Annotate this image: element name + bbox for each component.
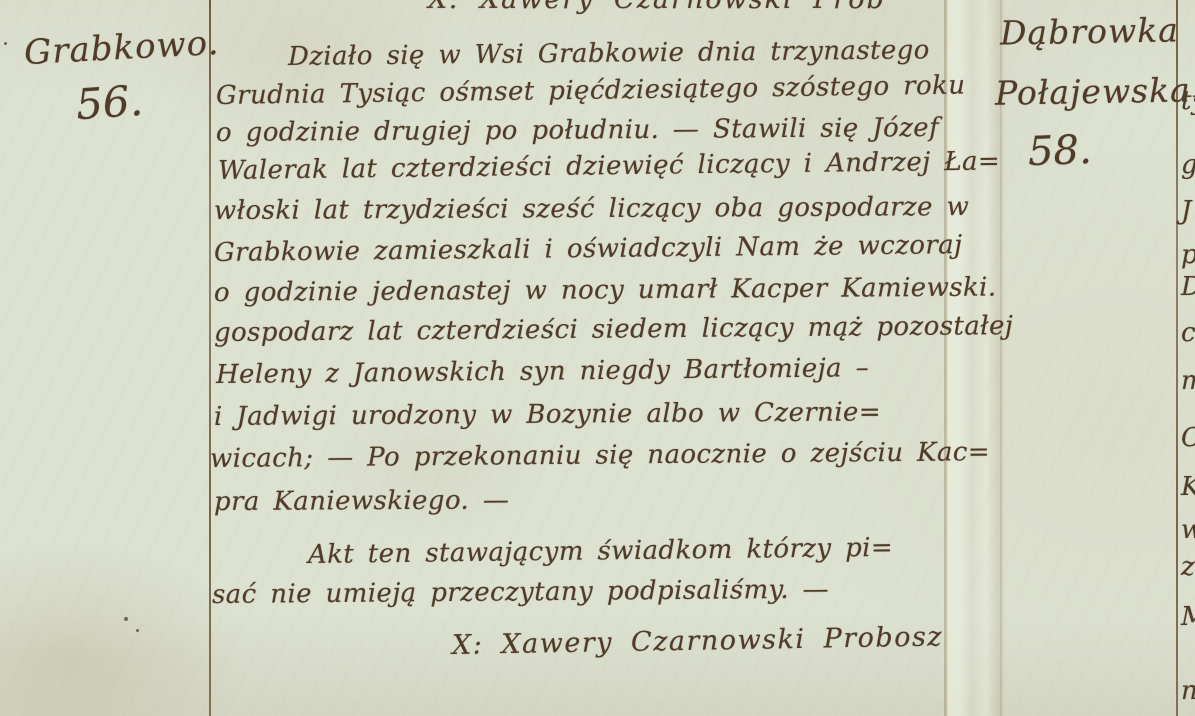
- edge-text-fragment: D: [1181, 272, 1195, 302]
- previous-entry-signature-fragment: X: Xawery Czarnowski Prob: [428, 0, 886, 15]
- record-line: Akt ten stawającym świadkom którzy pi=: [308, 533, 893, 570]
- record-line: o godzinie drugiej po południu. — Stawil…: [216, 113, 939, 148]
- edge-text-fragment: ch: [1181, 318, 1195, 348]
- record-line: Działo się w Wsi Grabkowie dnia trzynast…: [288, 35, 930, 72]
- edge-text-fragment: ty: [1181, 86, 1195, 116]
- edge-text-fragment: g: [1181, 150, 1195, 180]
- ink-speck: [124, 617, 128, 621]
- ink-speck: [4, 42, 7, 45]
- edge-text-fragment: m: [1181, 366, 1195, 396]
- ink-speck: [136, 629, 139, 632]
- edge-text-fragment: zo: [1181, 552, 1195, 582]
- edge-text-fragment: C: [1181, 423, 1195, 453]
- edge-text-fragment: M: [1181, 602, 1195, 632]
- record-line: i Jadwigi urodzony w Bozynie albo w Czer…: [214, 397, 881, 432]
- edge-text-fragment: n: [1181, 676, 1195, 706]
- record-line: gospodarz lat czterdzieści siedem licząc…: [214, 311, 1014, 348]
- next-entry-place-line1: Dąbrowka: [1000, 10, 1179, 52]
- left-margin-rule: [209, 0, 211, 716]
- edge-text-fragment: Ka: [1181, 472, 1195, 502]
- record-line: włoski lat trzydzieści sześć liczący oba…: [214, 192, 969, 226]
- edge-text-fragment: J: [1181, 196, 1191, 226]
- register-page: Grabkowo. 56. X: Xawery Czarnowski Prob …: [0, 0, 1195, 716]
- record-line: wicach; — Po przekonaniu się naocznie o …: [210, 437, 990, 474]
- priest-signature: X: Xawery Czarnowski Probosz: [452, 621, 944, 661]
- record-line: Grabkowie zamieszkali i oświadczyli Nam …: [214, 230, 963, 268]
- next-entry-place-line2: Połajewska.: [995, 70, 1195, 113]
- entry-number: 56.: [74, 76, 144, 130]
- record-line: Heleny z Janowskich syn niegdy Bartłomie…: [216, 353, 869, 390]
- record-line: o godzinie jedenastej w nocy umarł Kacpe…: [214, 273, 997, 308]
- next-entry-number: 58.: [1027, 127, 1092, 175]
- entry-place-name: Grabkowo.: [23, 23, 220, 73]
- record-line: pra Kaniewskiego. —: [214, 485, 509, 517]
- edge-text-fragment: w: [1181, 515, 1195, 545]
- record-line: Walerak lat czterdzieści dziewięć licząc…: [218, 146, 1001, 186]
- record-line: Grudnia Tysiąc ośmset pięćdziesiątego sz…: [216, 71, 966, 111]
- record-line: sać nie umieją przeczytany podpisaliśmy.…: [212, 575, 829, 610]
- edge-text-fragment: p: [1181, 240, 1195, 270]
